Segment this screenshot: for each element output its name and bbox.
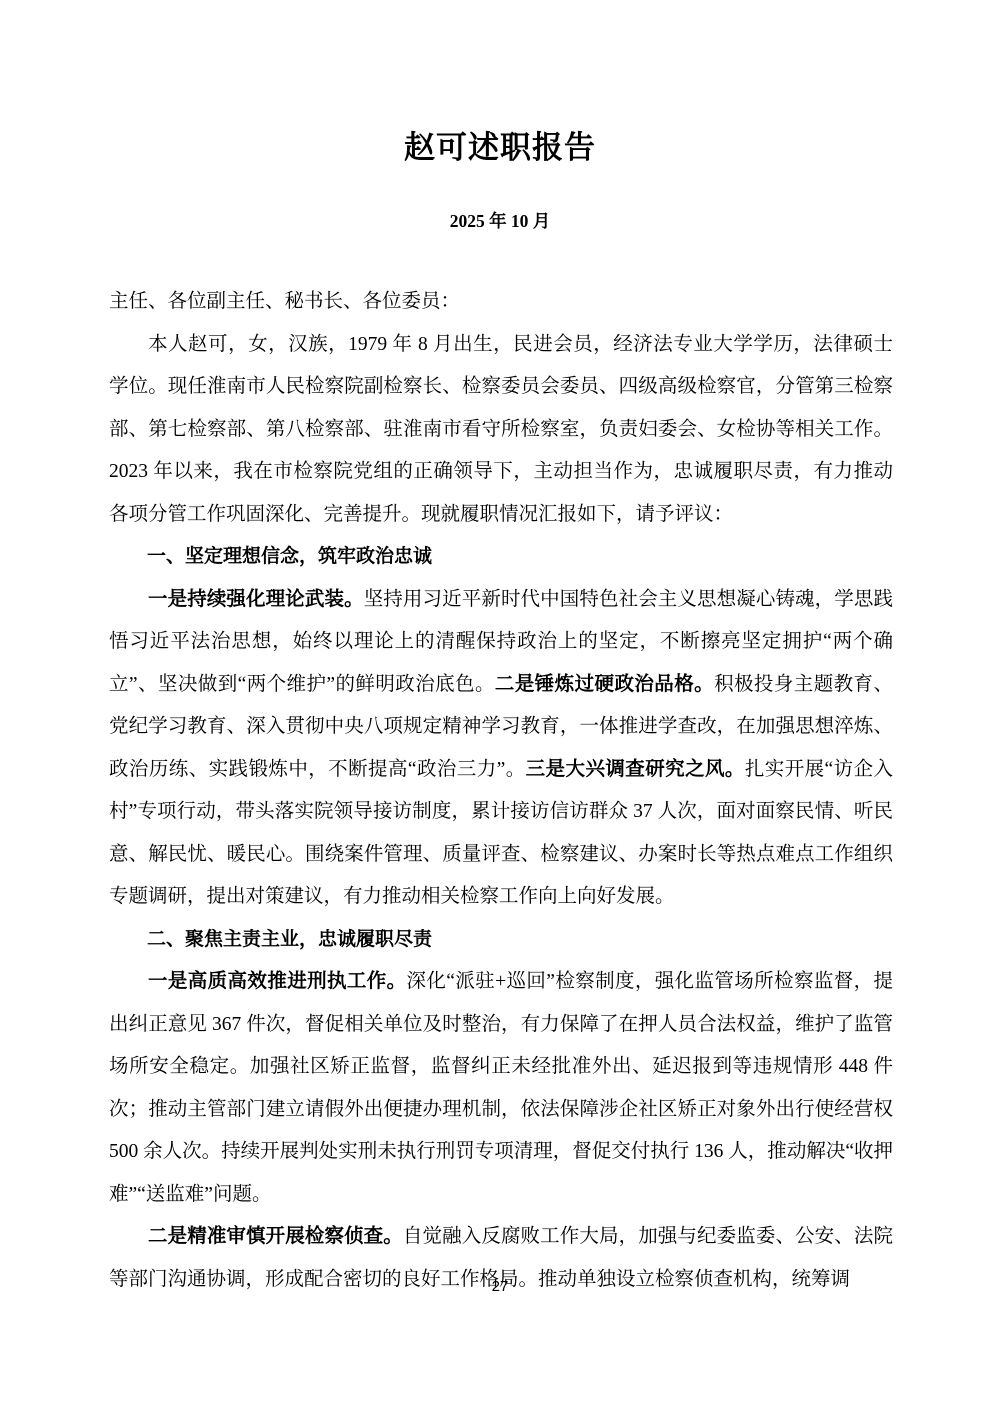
paragraph: 一是高质高效推进刑执工作。深化“派驻+巡回”检察制度，强化监管场所检察监督，提出… xyxy=(109,961,893,1216)
section-heading: 二、聚焦主责主业，忠诚履职尽责 xyxy=(109,919,893,962)
paragraph: 一是持续强化理论武装。坚持用习近平新时代中国特色社会主义思想凝心铸魂，学思践悟习… xyxy=(109,579,893,919)
section-heading: 一、坚定理想信念，筑牢政治忠诚 xyxy=(109,536,893,579)
page-title: 赵可述职报告 xyxy=(0,126,1000,170)
body-text: 扎实开展“访企入村”专项行动，带头落实院领导接访制度，累计接访信访群众 37 人… xyxy=(109,759,893,908)
document-page: { "document": { "title": "赵可述职报告", "date… xyxy=(0,0,1000,1415)
bold-lead-text: 二是精准审慎开展检察侦查。 xyxy=(148,1226,403,1247)
body-text: 二、聚焦主责主业，忠诚履职尽责 xyxy=(147,929,432,950)
body-text: 本人赵可，女，汉族，1979 年 8 月出生，民进会员，经济法专业大学学历，法律… xyxy=(109,334,893,525)
body-text: 深化“派驻+巡回”检察制度，强化监管场所检察监督，提出纠正意见 367 件次，督… xyxy=(109,971,893,1205)
paragraph: 本人赵可，女，汉族，1979 年 8 月出生，民进会员，经济法专业大学学历，法律… xyxy=(109,324,893,537)
page-number: 27 xyxy=(0,1277,1000,1297)
bold-lead-text: 一是高质高效推进刑执工作。 xyxy=(148,971,407,992)
bold-lead-text: 二是锤炼过硬政治品格。 xyxy=(495,674,714,695)
document-date: 2025 年 10 月 xyxy=(0,206,1000,236)
salutation: 主任、各位副主任、秘书长、各位委员： xyxy=(109,281,893,324)
document-body: 主任、各位副主任、秘书长、各位委员： 本人赵可，女，汉族，1979 年 8 月出… xyxy=(109,281,893,1301)
bold-lead-text: 三是大兴调查研究之风。 xyxy=(526,759,745,780)
bold-lead-text: 一是持续强化理论武装。 xyxy=(148,589,364,610)
body-text: 一、坚定理想信念，筑牢政治忠诚 xyxy=(147,546,432,567)
